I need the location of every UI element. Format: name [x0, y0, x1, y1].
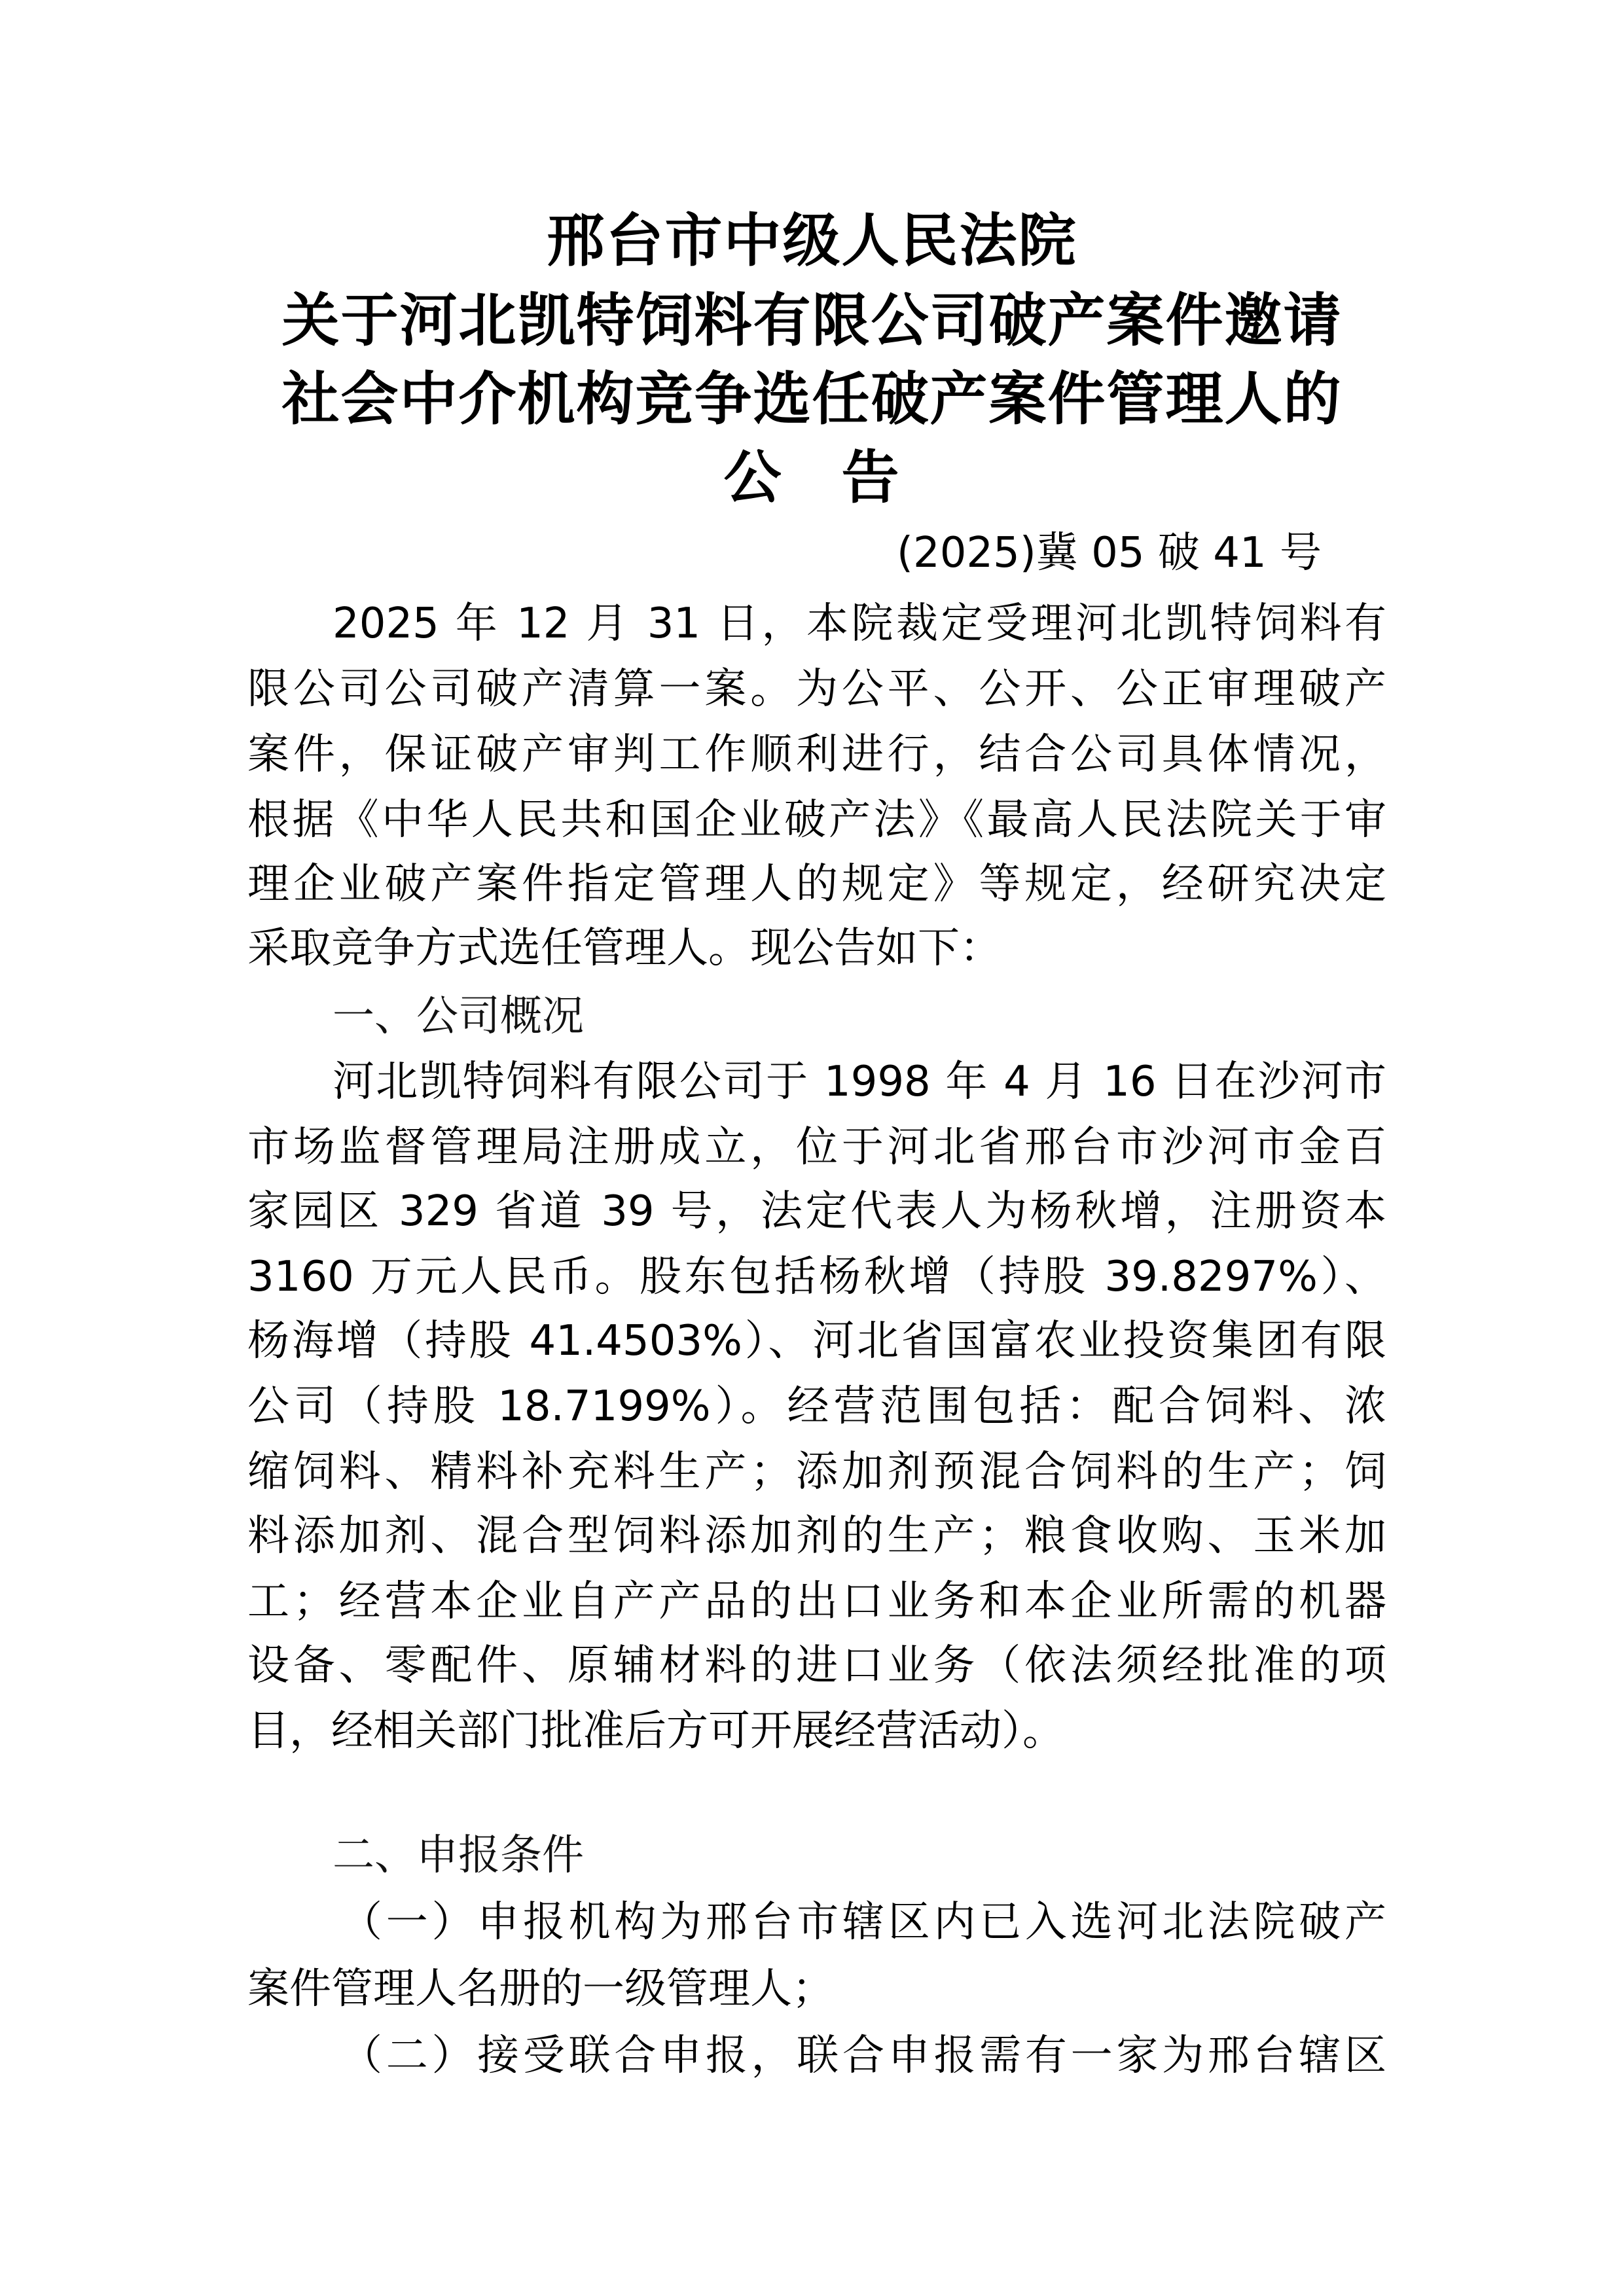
section1-line: 河北凯特饲料有限公司于 1998 年 4 月 16 日在沙河市 [333, 1052, 1386, 1111]
intro-line: 采取竞争方式选任管理人。现公告如下： [247, 919, 1386, 978]
section1-line: 公司（持股 18.7199%）。经营范围包括：配合饲料、浓 [247, 1377, 1386, 1436]
intro-line: 2025 年 12 月 31 日，本院裁定受理河北凯特饲料有 [333, 594, 1386, 653]
section1-line: 料添加剂、混合型饲料添加剂的生产；粮食收购、玉米加 [247, 1507, 1386, 1566]
section1-line: 缩饲料、精料补充料生产；添加剂预混合饲料的生产；饲 [247, 1443, 1386, 1501]
section1-line: 目，经相关部门批准后方可开展经营活动）。 [247, 1702, 1386, 1761]
intro-line: 案件，保证破产审判工作顺利进行，结合公司具体情况， [247, 725, 1386, 784]
section1-line: 杨海增（持股 41.4503%）、河北省国富农业投资集团有限 [247, 1312, 1386, 1371]
title-court-name: 邢台市中级人民法院 [0, 208, 1624, 274]
section1-line: 家园区 329 省道 39 号，法定代表人为杨秋增，注册资本 [247, 1182, 1386, 1241]
section1-line: 市场监督管理局注册成立，位于河北省邢台市沙河市金百 [247, 1118, 1386, 1177]
title-subject-line-1: 关于河北凯特饲料有限公司破产案件邀请 [0, 288, 1624, 353]
section1-line: 工；经营本企业自产产品的出口业务和本企业所需的机器 [247, 1572, 1386, 1631]
title-announcement: 公 告 [0, 445, 1624, 511]
intro-line: 根据《中华人民共和国企业破产法》《最高人民法院关于审 [247, 791, 1386, 850]
section1-line: 3160 万元人民币。股东包括杨秋增（持股 39.8297%）、 [247, 1247, 1386, 1306]
section1-line: 设备、零配件、原辅材料的进口业务（依法须经批准的项 [247, 1636, 1386, 1695]
condition-item-1-line: （一）申报机构为邢台市辖区内已入选河北法院破产 [340, 1893, 1386, 1952]
section-heading-company-overview: 一、公司概况 [333, 987, 584, 1046]
intro-line: 理企业破产案件指定管理人的规定》等规定，经研究决定 [247, 855, 1386, 914]
condition-item-1-line: 案件管理人名册的一级管理人； [247, 1960, 1386, 2018]
case-number: (2025)冀 05 破 41 号 [897, 524, 1322, 583]
document-page: 邢台市中级人民法院 关于河北凯特饲料有限公司破产案件邀请 社会中介机构竞争选任破… [0, 0, 1624, 2296]
intro-line: 限公司公司破产清算一案。为公平、公开、公正审理破产 [247, 660, 1386, 719]
section-heading-application-conditions: 二、申报条件 [333, 1826, 584, 1885]
condition-item-2-line: （二）接受联合申报，联合申报需有一家为邢台辖区 [340, 2026, 1386, 2085]
title-subject-line-2: 社会中介机构竞争选任破产案件管理人的 [0, 367, 1624, 432]
